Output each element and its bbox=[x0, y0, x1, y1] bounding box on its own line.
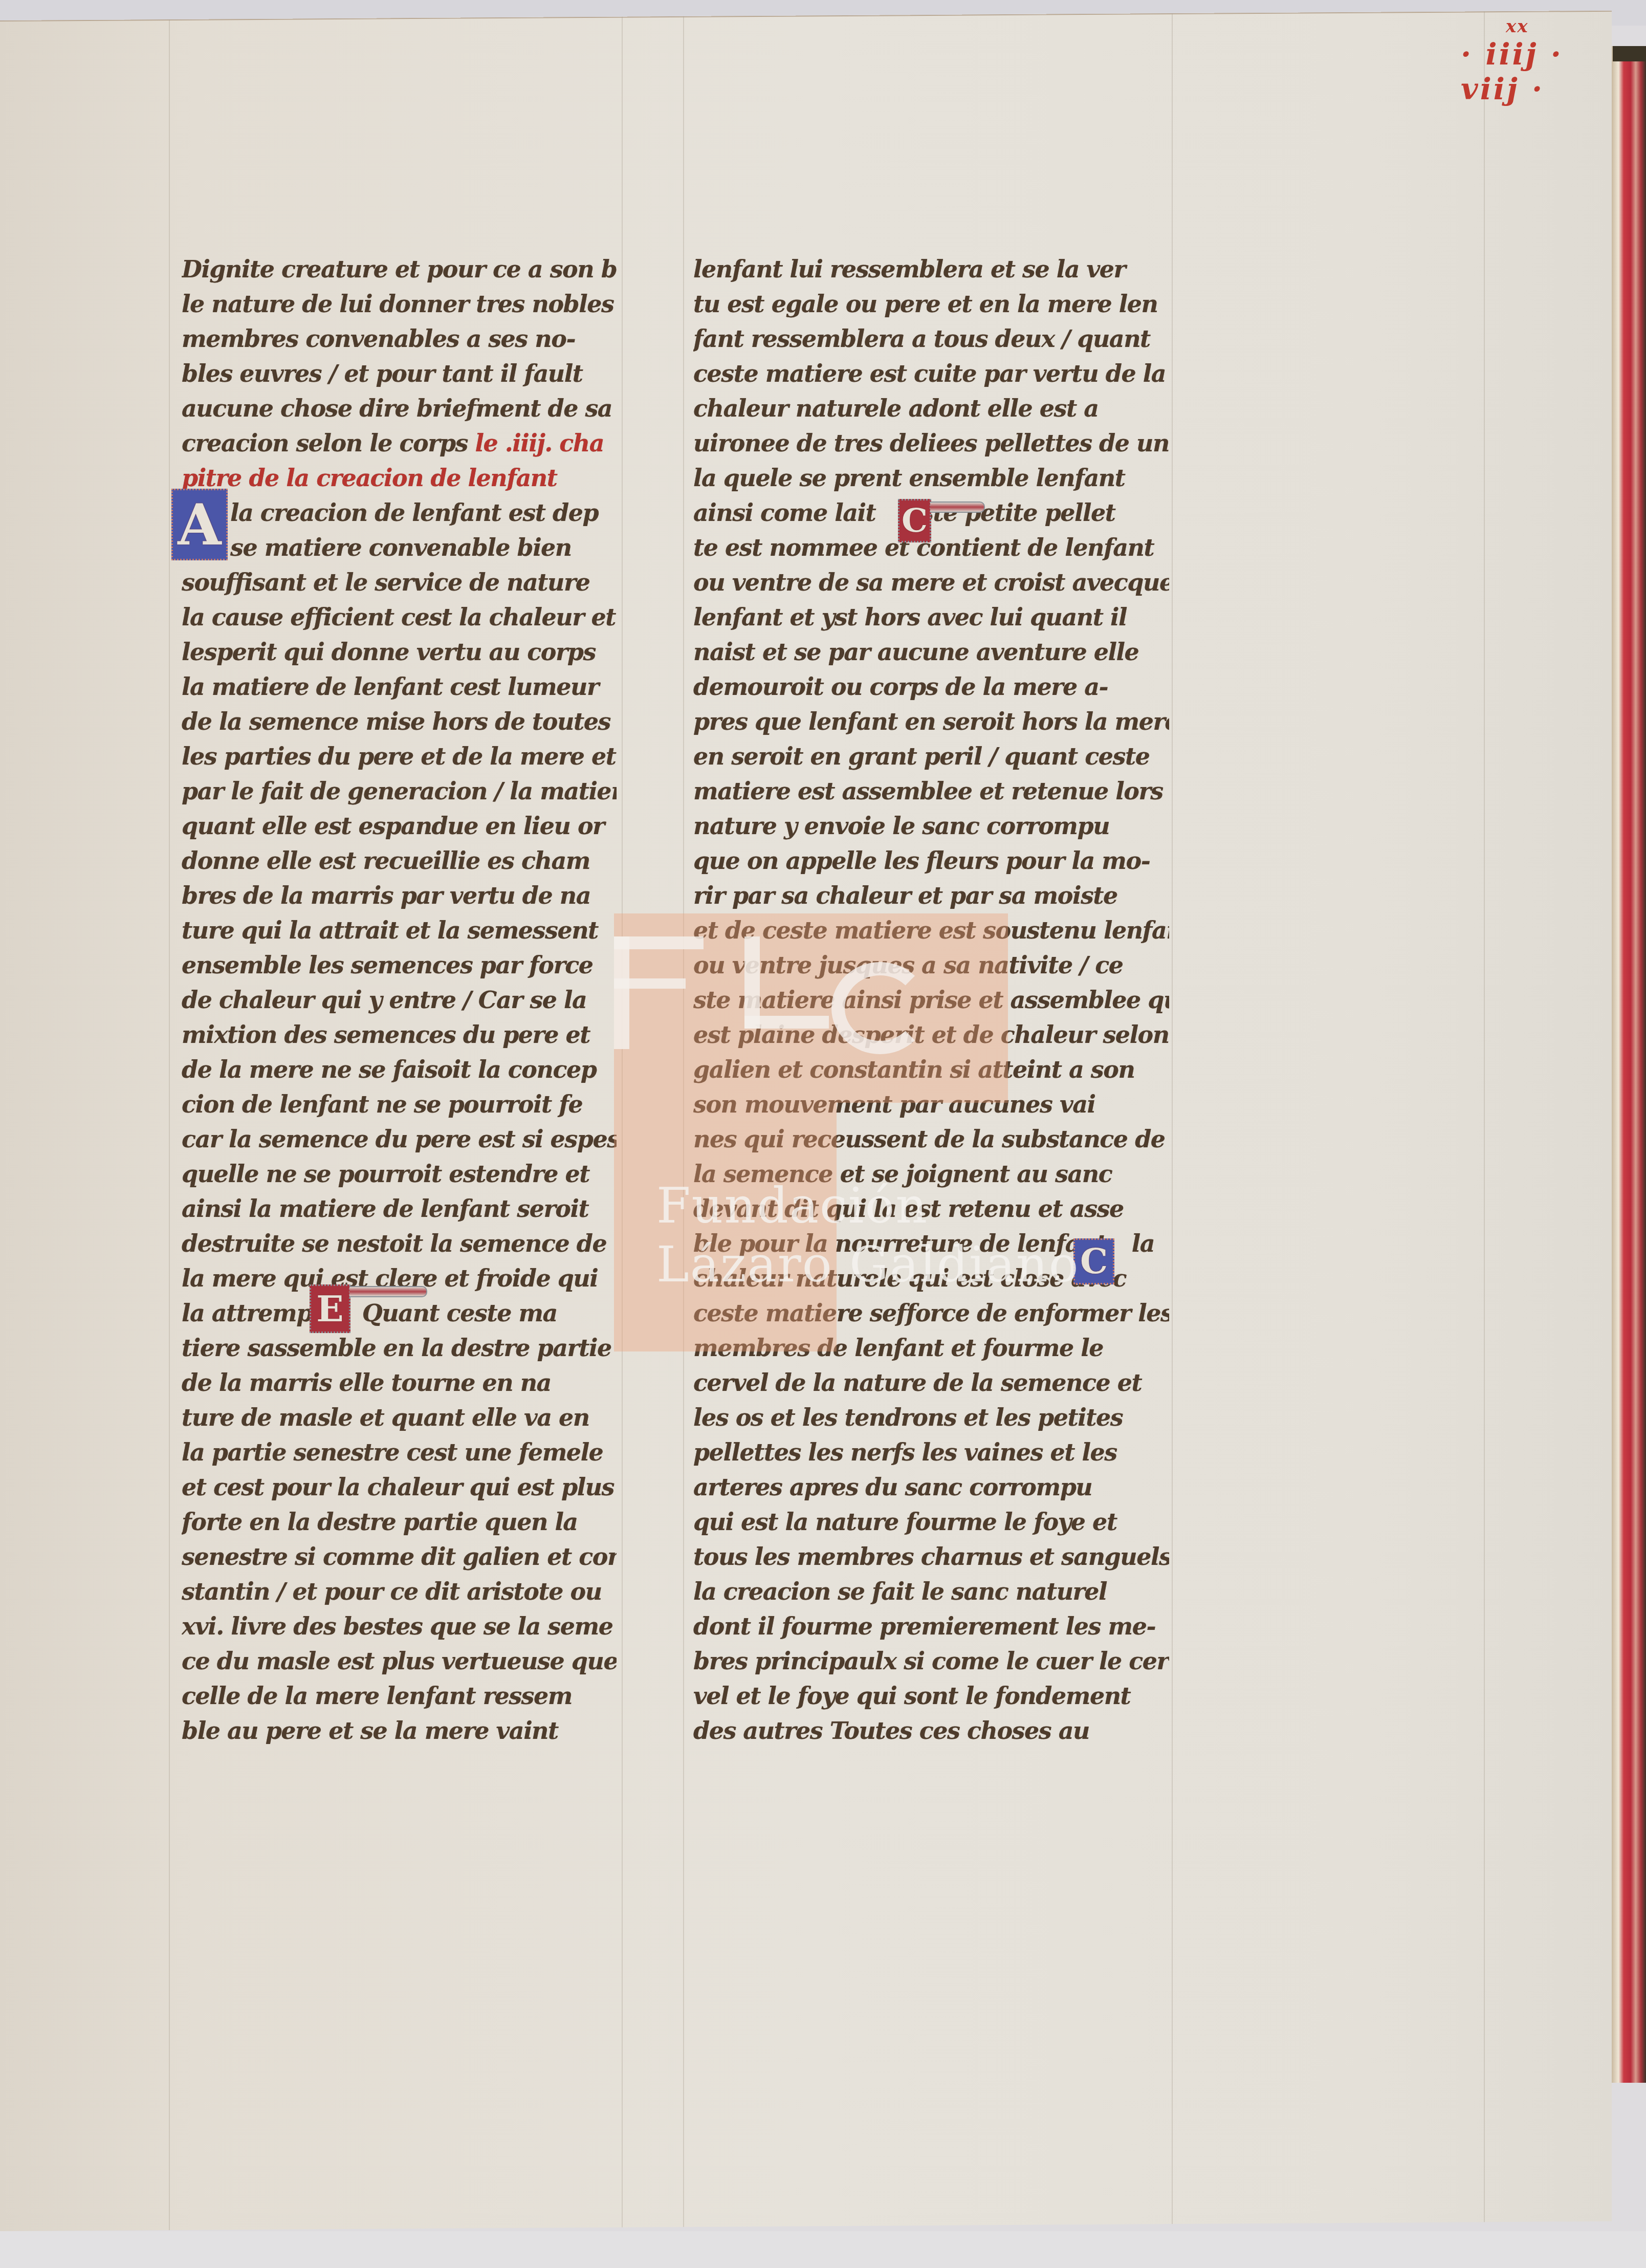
text-fragment: ainsi come lait bbox=[693, 499, 875, 527]
text-line: lesperit qui donne vertu au corps bbox=[182, 635, 617, 669]
text-line: bres principaulx si come le cuer le cer- bbox=[693, 1644, 1169, 1678]
text-line-with-initial: ainsi come laiteste petite pellet bbox=[693, 495, 1169, 530]
text-line: que on appelle les fleurs pour la mo- bbox=[693, 843, 1169, 878]
text-line: tu est egale ou pere et en la mere len bbox=[693, 287, 1169, 321]
text-line: les os et les tendrons et les petites bbox=[693, 1400, 1169, 1435]
text-column-left: Dignite creature et pour ce a son bel le… bbox=[182, 252, 617, 1748]
ruling-line bbox=[1172, 13, 1173, 2224]
text-line: par le fait de generacion / la matiere bbox=[182, 774, 617, 809]
scan-backdrop-bottom bbox=[0, 2231, 1646, 2268]
text-line: forte en la destre partie quen la bbox=[182, 1504, 617, 1539]
text-line: vel et le foye qui sont le fondement bbox=[693, 1678, 1169, 1713]
text-line-with-initial: la attrempeQuant ceste ma bbox=[182, 1296, 617, 1331]
text-line: arteres apres du sanc corrompu bbox=[693, 1470, 1169, 1504]
text-line: pellettes les nerfs les vaines et les bbox=[693, 1435, 1169, 1470]
ruling-line bbox=[169, 19, 170, 2230]
text-line-with-rubric: creacion selon le corps le .iiij. cha bbox=[182, 426, 617, 461]
text-line: pres que lenfant en seroit hors la mere bbox=[693, 704, 1169, 739]
text-line: cion de lenfant ne se pourroit fe bbox=[182, 1087, 617, 1122]
text-line: destruite se nestoit la semence de bbox=[182, 1226, 617, 1261]
text-line: la semence et se joignent au sanc bbox=[693, 1157, 1169, 1191]
text-line: ceste matiere sefforce de enformer les bbox=[693, 1296, 1169, 1331]
text-line: est plaine desperit et de chaleur selon bbox=[693, 1017, 1169, 1052]
text-line: rir par sa chaleur et par sa moiste bbox=[693, 878, 1169, 913]
text-line: aucune chose dire briefment de sa bbox=[182, 391, 617, 426]
text-line: lenfant lui ressemblera et se la ver bbox=[693, 252, 1169, 287]
text-line: le nature de lui donner tres nobles bbox=[182, 287, 617, 321]
text-line: la quele se prent ensemble lenfant bbox=[693, 461, 1169, 495]
text-line: lenfant et yst hors avec lui quant il bbox=[693, 600, 1169, 635]
initial-letter: A bbox=[178, 492, 221, 558]
text-line: se matiere convenable bien bbox=[182, 530, 617, 565]
binding-corner bbox=[1613, 46, 1646, 61]
text-line: la creacion de lenfant est dep bbox=[182, 495, 617, 530]
initial-flourish bbox=[930, 501, 985, 513]
text-line: ou ventre jusques a sa nativite / ce bbox=[693, 948, 1169, 983]
text-line: la matiere de lenfant cest lumeur bbox=[182, 669, 617, 704]
text-line: et de ceste matiere est soustenu lenfant bbox=[693, 913, 1169, 948]
text-fragment: ble pour la nourreture de lenfant bbox=[693, 1230, 1106, 1257]
text-line: nature y envoie le sanc corrompu bbox=[693, 809, 1169, 843]
text-fragment: la bbox=[1132, 1230, 1154, 1257]
text-line: stantin / et pour ce dit aristote ou bbox=[182, 1574, 617, 1609]
text-line: ble au pere et se la mere vaint bbox=[182, 1713, 617, 1748]
ruling-line bbox=[683, 16, 684, 2227]
text-line: te est nommee et contient de lenfant bbox=[693, 530, 1169, 565]
text-line: demouroit ou corps de la mere a- bbox=[693, 669, 1169, 704]
text-column-right: lenfant lui ressemblera et se la ver tu … bbox=[693, 252, 1169, 1748]
text-line: de la mere ne se faisoit la concep bbox=[182, 1052, 617, 1087]
rubric-chapter-heading: le .iiij. cha bbox=[475, 429, 604, 457]
text-line: cervel de la nature de la semence et bbox=[693, 1365, 1169, 1400]
text-line: bles euvres / et pour tant il fault bbox=[182, 356, 617, 391]
text-line: ture de masle et quant elle va en bbox=[182, 1400, 617, 1435]
text-line: de la semence mise hors de toutes bbox=[182, 704, 617, 739]
text-line: xvi. livre des bestes que se la seme bbox=[182, 1609, 617, 1644]
text-line: qui est la nature fourme le foye et bbox=[693, 1504, 1169, 1539]
text-line: quant elle est espandue en lieu or bbox=[182, 809, 617, 843]
text-line: la cause efficient cest la chaleur et bbox=[182, 600, 617, 635]
text-line: matiere est assemblee et retenue lors bbox=[693, 774, 1169, 809]
text-line: ainsi la matiere de lenfant seroit bbox=[182, 1191, 617, 1226]
folio-number: xx · iiij · viij · bbox=[1461, 15, 1614, 72]
text-line: la partie senestre cest une femele bbox=[182, 1435, 617, 1470]
text-line: ture qui la attrait et la semessent bbox=[182, 913, 617, 948]
text-line: Dignite creature et pour ce a son bel bbox=[182, 252, 617, 287]
rubric-chapter-title: pitre de la creacion de lenfant bbox=[182, 464, 557, 492]
text-line: dont il fourme premierement les me- bbox=[693, 1609, 1169, 1644]
text-line: fant ressemblera a tous deux / quant bbox=[693, 321, 1169, 356]
text-line: tous les membres charnus et sanguels bbox=[693, 1539, 1169, 1574]
illuminated-initial-c: C bbox=[1073, 1238, 1114, 1284]
text-line: bres de la marris par vertu de na bbox=[182, 878, 617, 913]
text-line: souffisant et le service de nature bbox=[182, 565, 617, 600]
text-line: de la marris elle tourne en na bbox=[182, 1365, 617, 1400]
text-line: tiere sassemble en la destre partie bbox=[182, 1331, 617, 1365]
initial-letter: C bbox=[902, 501, 928, 540]
text-line: ce du masle est plus vertueuse que bbox=[182, 1644, 617, 1678]
text-line: celle de la mere lenfant ressem bbox=[182, 1678, 617, 1713]
text-line: chaleur naturele adont elle est a bbox=[693, 391, 1169, 426]
ruling-line bbox=[1484, 11, 1485, 2222]
text-fragment: Quant ceste ma bbox=[362, 1299, 557, 1327]
text-line: uironee de tres deliees pellettes de une bbox=[693, 426, 1169, 461]
text-line: son mouvement par aucunes vai bbox=[693, 1087, 1169, 1122]
folio-numeral: · iiij · viij · bbox=[1461, 37, 1614, 106]
text-line: membres de lenfant et fourme le bbox=[693, 1331, 1169, 1365]
text-line: mixtion des semences du pere et bbox=[182, 1017, 617, 1052]
text-line: en seroit en grant peril / quant ceste bbox=[693, 739, 1169, 774]
text-line: senestre si comme dit galien et con bbox=[182, 1539, 617, 1574]
text-line: ceste matiere est cuite par vertu de la bbox=[693, 356, 1169, 391]
illuminated-initial-e: E bbox=[310, 1284, 350, 1333]
initial-letter: C bbox=[1080, 1241, 1108, 1282]
book-binding bbox=[1612, 46, 1646, 2083]
text-line: la creacion se fait le sanc naturel bbox=[693, 1574, 1169, 1609]
text-line: et cest pour la chaleur qui est plus bbox=[182, 1470, 617, 1504]
text-line: les parties du pere et de la mere et bbox=[182, 739, 617, 774]
text-line: ou ventre de sa mere et croist avecques bbox=[693, 565, 1169, 600]
illuminated-initial-a: A bbox=[171, 489, 228, 560]
text-line: de chaleur qui y entre / Car se la bbox=[182, 983, 617, 1017]
text-line: membres convenables a ses no- bbox=[182, 321, 617, 356]
text-fragment: creacion selon le corps bbox=[182, 429, 468, 457]
rubric-line: pitre de la creacion de lenfant bbox=[182, 461, 617, 495]
text-line: quelle ne se pourroit estendre et bbox=[182, 1157, 617, 1191]
text-fragment: la attrempe bbox=[182, 1299, 326, 1327]
text-line: des autres Toutes ces choses au bbox=[693, 1713, 1169, 1748]
illuminated-initial-c: C bbox=[898, 499, 931, 542]
text-line: nes qui receussent de la substance de bbox=[693, 1122, 1169, 1157]
text-line: donne elle est recueillie es cham bbox=[182, 843, 617, 878]
text-line: ensemble les semences par force bbox=[182, 948, 617, 983]
initial-letter: E bbox=[316, 1288, 343, 1330]
text-line: ste matiere ainsi prise et assemblee qui bbox=[693, 983, 1169, 1017]
text-line: galien et constantin si atteint a son bbox=[693, 1052, 1169, 1087]
text-line: devant dit qui la est retenu et asse bbox=[693, 1191, 1169, 1226]
initial-flourish bbox=[349, 1286, 427, 1297]
text-line: car la semence du pere est si espesse bbox=[182, 1122, 617, 1157]
folio-superscript: xx bbox=[1506, 16, 1529, 37]
ruling-line bbox=[622, 17, 623, 2228]
text-line: naist et se par aucune aventure elle bbox=[693, 635, 1169, 669]
